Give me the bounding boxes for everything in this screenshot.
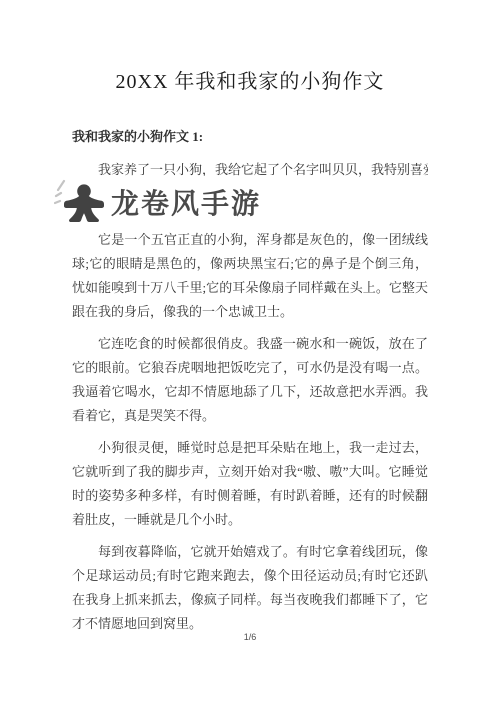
paragraph-2: 它是一个五官正直的小狗，浑身都是灰色的，像一团绒线球;它的眼睛是黑色的，像两块黑… (72, 228, 428, 324)
sparkle-icon (54, 178, 68, 208)
page-number: 1/6 (0, 632, 500, 642)
meeple-icon (64, 182, 104, 222)
document-title: 20XX 年我和我家的小狗作文 (72, 68, 428, 96)
paragraph-4: 小狗很灵便，睡觉时总是把耳朵贴在地上，我一走过去，它就听到了我的脚步声，立刻开始… (72, 436, 428, 532)
section-heading: 我和我家的小狗作文 1: (72, 129, 428, 145)
document-page: 20XX 年我和我家的小狗作文 我和我家的小狗作文 1: 我家养了一只小狗，我给… (0, 0, 500, 708)
paragraph-5: 每到夜暮降临，它就开始嬉戏了。有时它拿着线团玩，像个足球运动员;有时它跑来跑去，… (72, 540, 428, 636)
watermark-text: 龙卷风手游 (111, 182, 261, 222)
watermark: 龙卷风手游 (56, 176, 324, 228)
paragraph-3: 它连吃食的时候都很俏皮。我盛一碗水和一碗饭，放在了它的眼前。它狼吞虎咽地把饭吃完… (72, 332, 428, 428)
